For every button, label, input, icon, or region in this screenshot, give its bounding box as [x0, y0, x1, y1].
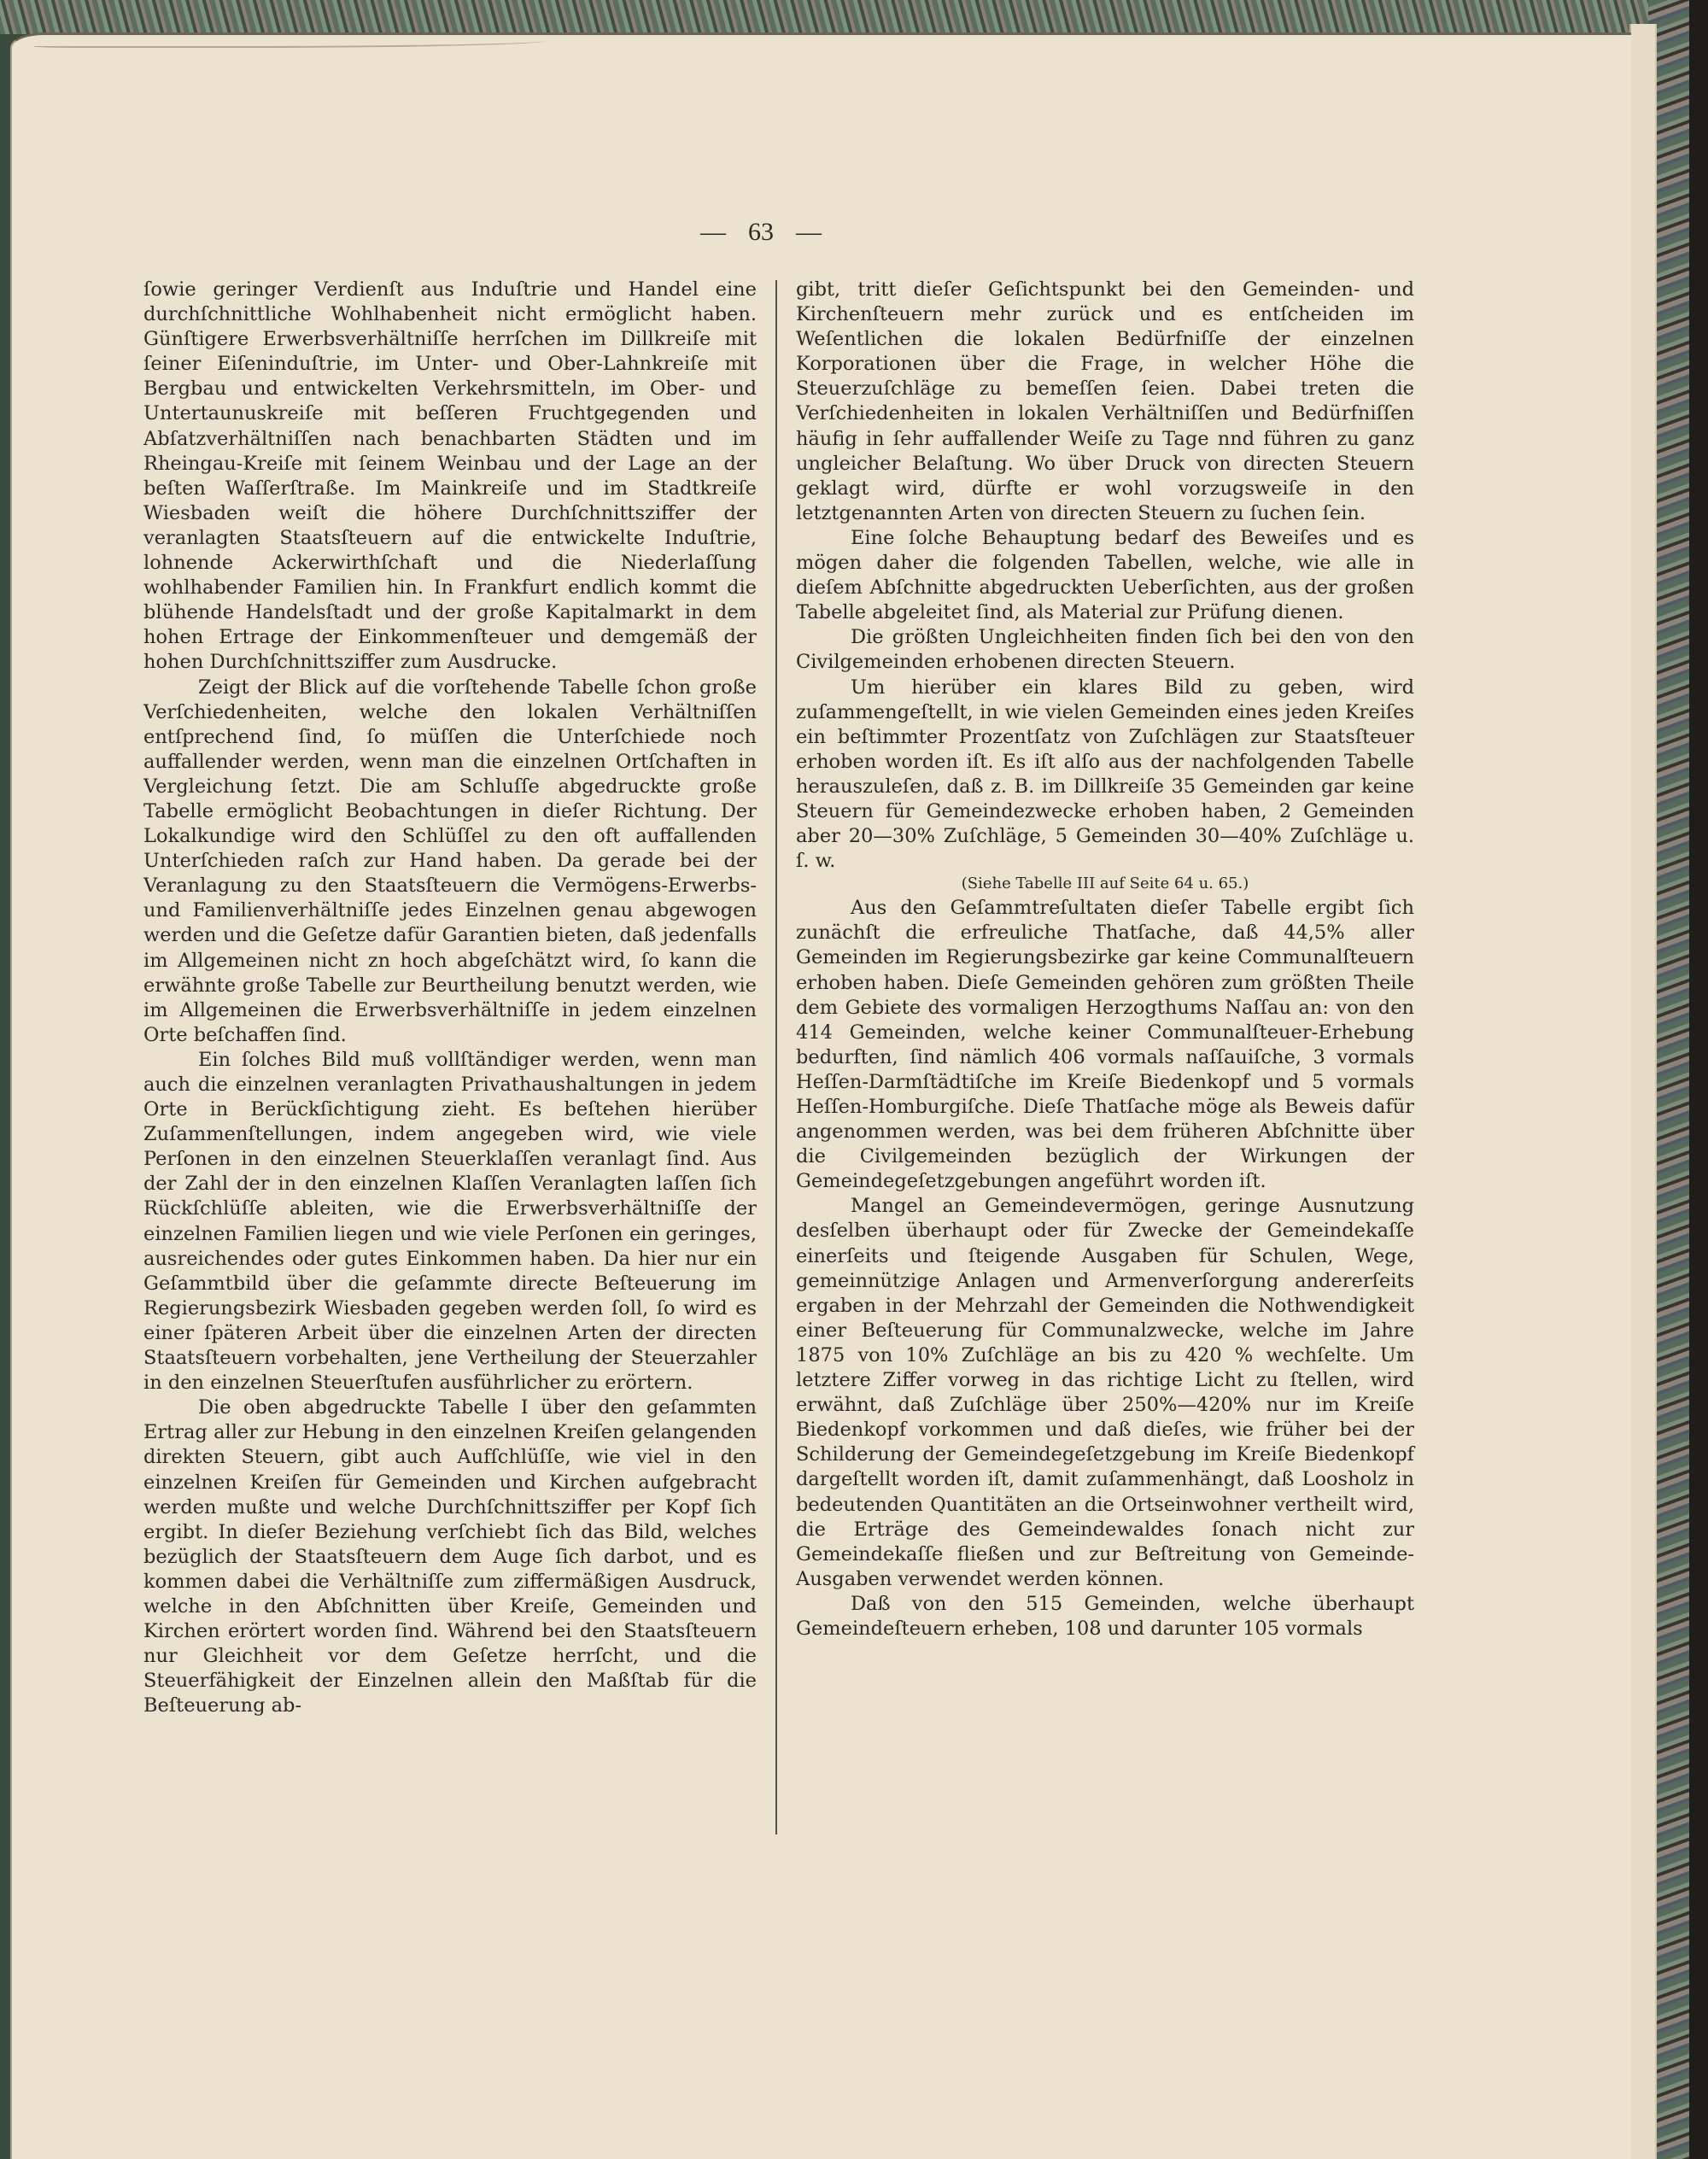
book-cover-marble-top — [0, 0, 1708, 34]
column-divider — [775, 280, 777, 1834]
paragraph: Um hierüber ein klares Bild zu geben, wi… — [796, 676, 1414, 875]
paragraph: gibt, tritt dieſer Geſichtspunkt bei den… — [796, 278, 1414, 526]
paragraph: Zeigt der Blick auf die vorſtehende Tabe… — [143, 676, 757, 1048]
paragraph: Ein ſolches Bild muß vollſtändiger werde… — [143, 1048, 757, 1395]
paragraph: Die größten Ungleichheiten finden ſich b… — [796, 625, 1414, 675]
header-dash-left: — — [700, 218, 726, 247]
page-header: — 63 — — [700, 218, 871, 247]
book-cover-marble-edge — [1648, 0, 1708, 2159]
header-dash-right: — — [796, 218, 822, 247]
paragraph: Eine ſolche Behauptung bedarf des Beweiſ… — [796, 526, 1414, 625]
paragraph: Die oben abgedruckte Tabelle I über den … — [143, 1395, 757, 1718]
paragraph: ſowie geringer Verdienſt aus Induſtrie u… — [143, 278, 757, 676]
table-reference: (Siehe Tabelle III auf Seite 64 u. 65.) — [796, 874, 1414, 894]
paragraph: Daß von den 515 Gemeinden, welche überha… — [796, 1592, 1414, 1641]
right-column: gibt, tritt dieſer Geſichtspunkt bei den… — [796, 278, 1414, 1641]
page-stack-edge — [1629, 24, 1657, 2159]
paragraph: Aus den Geſammtreſultaten dieſer Tabelle… — [796, 896, 1414, 1194]
paragraph: Mangel an Gemeindevermögen, geringe Ausn… — [796, 1194, 1414, 1592]
page-number: 63 — [748, 218, 774, 247]
left-column: ſowie geringer Verdienſt aus Induſtrie u… — [143, 278, 757, 1718]
